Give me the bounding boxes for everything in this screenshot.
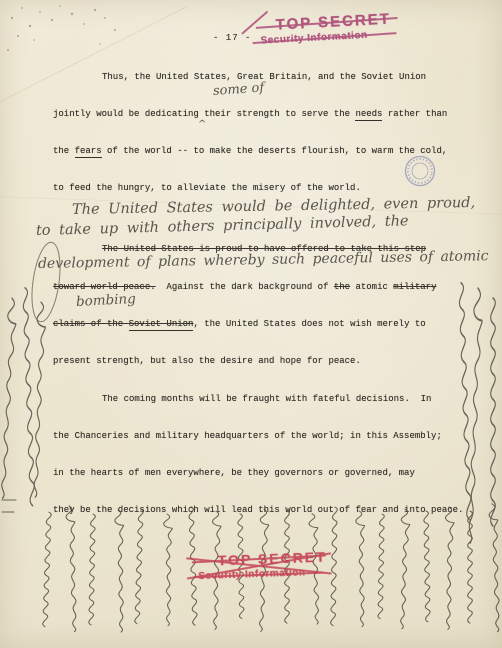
- paper-speckles: [0, 0, 140, 70]
- handwritten-insert-some-of: some of: [212, 80, 264, 99]
- page-number: - 17 -: [213, 33, 251, 43]
- typed-line: they be the decisions which will lead th…: [53, 504, 463, 516]
- typed-segment: claims of the: [53, 319, 129, 329]
- typed-segment: atomic: [350, 282, 393, 292]
- typed-segment: in the hearts of men everywhere, be they…: [53, 468, 415, 478]
- typed-segment: Soviet Union: [129, 319, 194, 331]
- typed-line: The coming months will be fraught with f…: [53, 393, 431, 405]
- typed-segment: present strength, but also the desire an…: [53, 356, 361, 366]
- typed-segment: fears: [75, 146, 102, 158]
- typed-segment: military: [393, 282, 436, 292]
- typed-segment: the: [53, 146, 75, 156]
- typed-line: present strength, but also the desire an…: [53, 355, 361, 367]
- stamp-slash-line: [241, 11, 268, 35]
- typed-segment: rather than: [382, 109, 447, 119]
- typed-segment: jointly would be dedicating their streng…: [53, 109, 355, 119]
- typed-segment: , the United States does not wish merely…: [193, 319, 425, 329]
- typed-line: the fears of the world -- to make the de…: [53, 145, 447, 157]
- top-secret-stamp-top: TOP SECRET Security Information: [259, 11, 392, 47]
- typed-segment: The coming months will be fraught with f…: [102, 394, 431, 404]
- top-secret-stamp-bottom: TOP SECRET Security Information: [198, 549, 317, 582]
- typed-segment: they be the decisions which will lead th…: [53, 505, 463, 515]
- typed-segment: Against the dark background of: [156, 282, 334, 292]
- typed-segment: needs: [355, 109, 382, 121]
- typed-segment: of the world -- to make the deserts flou…: [102, 146, 448, 156]
- typed-line: claims of the Soviet Union, the United S…: [53, 318, 426, 330]
- paper-crease: [0, 6, 188, 111]
- typed-line: jointly would be dedicating their streng…: [53, 108, 447, 120]
- handwritten-paragraph-line1: The United States would be delighted, ev…: [72, 195, 475, 218]
- typed-segment: the: [334, 282, 350, 292]
- typed-line: to feed the hungry, to alleviate the mis…: [53, 182, 361, 194]
- typed-segment: the Chanceries and military headquarters…: [53, 431, 442, 441]
- typed-line: the Chanceries and military headquarters…: [53, 430, 442, 442]
- handwritten-caret: ^: [198, 119, 206, 130]
- document-page: - 17 - TOP SECRET Security Information T…: [0, 0, 502, 648]
- typed-segment: Thus, the United States, Great Britain, …: [102, 72, 426, 82]
- typed-segment: to feed the hungry, to alleviate the mis…: [53, 183, 361, 193]
- typed-line: in the hearts of men everywhere, be they…: [53, 467, 415, 479]
- handwritten-word-bombing: bombing: [76, 291, 137, 310]
- typed-segment: toward world peace.: [53, 282, 156, 292]
